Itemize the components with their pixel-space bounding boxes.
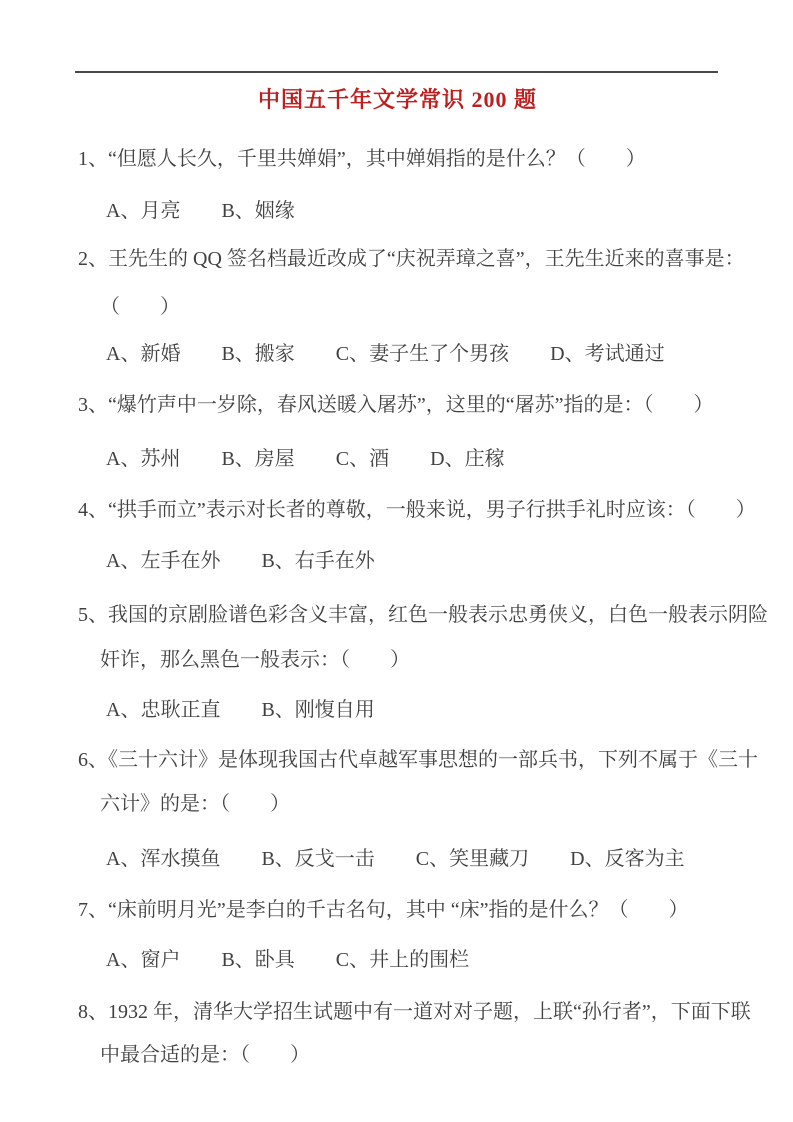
question-6-line-1: 6、《三十六计》是体现我国古代卓越军事思想的一部兵书，下列不属于《三十 bbox=[78, 747, 758, 773]
option-3-a: A、苏州 bbox=[106, 446, 180, 472]
option-3-b: B、房屋 bbox=[221, 446, 294, 472]
header-separator-line bbox=[75, 71, 718, 73]
question-2-options: A、新婚 B、搬家 C、妻子生了个男孩 D、考试通过 bbox=[106, 341, 665, 367]
option-5-a: A、忠耿正直 bbox=[106, 697, 220, 723]
question-7-options: A、窗户 B、卧具 C、井上的围栏 bbox=[106, 947, 469, 973]
question-1-options: A、月亮 B、姻缘 bbox=[106, 198, 295, 224]
option-6-d: D、反客为主 bbox=[570, 846, 684, 872]
question-5-options: A、忠耿正直 B、刚愎自用 bbox=[106, 697, 375, 723]
question-8-line-1: 8、1932 年，清华大学招生试题中有一道对对子题，上联“孙行者”，下面下联 bbox=[78, 999, 751, 1025]
option-2-a: A、新婚 bbox=[106, 341, 180, 367]
question-3-line-1: 3、“爆竹声中一岁除，春风送暖入屠苏”，这里的“屠苏”指的是：（ ） bbox=[78, 392, 714, 418]
option-3-d: D、庄稼 bbox=[430, 446, 504, 472]
option-6-b: B、反戈一击 bbox=[261, 846, 374, 872]
option-1-b: B、姻缘 bbox=[221, 198, 294, 224]
option-4-a: A、左手在外 bbox=[106, 548, 220, 574]
option-6-c: C、笑里藏刀 bbox=[416, 846, 529, 872]
option-2-c: C、妻子生了个男孩 bbox=[336, 341, 509, 367]
page-title: 中国五千年文学常识 200 题 bbox=[78, 83, 717, 114]
document-page: 中国五千年文学常识 200 题 1、“但愿人长久，千里共婵娟”，其中婵娟指的是什… bbox=[0, 0, 793, 1122]
question-4-line-1: 4、“拱手而立”表示对长者的尊敬，一般来说，男子行拱手礼时应该：（ ） bbox=[78, 497, 756, 523]
option-7-c: C、井上的围栏 bbox=[336, 947, 469, 973]
option-3-c: C、酒 bbox=[336, 446, 389, 472]
option-6-a: A、浑水摸鱼 bbox=[106, 846, 220, 872]
option-2-d: D、考试通过 bbox=[550, 341, 664, 367]
option-5-b: B、刚愎自用 bbox=[261, 697, 374, 723]
question-8-line-2: 中最合适的是：（ ） bbox=[100, 1042, 310, 1068]
question-6-options: A、浑水摸鱼 B、反戈一击 C、笑里藏刀 D、反客为主 bbox=[106, 846, 685, 872]
option-7-a: A、窗户 bbox=[106, 947, 180, 973]
question-2-line-2: （ ） bbox=[100, 294, 180, 320]
question-4-options: A、左手在外 B、右手在外 bbox=[106, 548, 375, 574]
question-1-line-1: 1、“但愿人长久，千里共婵娟”，其中婵娟指的是什么？（ ） bbox=[78, 146, 646, 172]
question-5-line-2: 奸诈，那么黑色一般表示：（ ） bbox=[100, 647, 410, 673]
question-5-line-1: 5、我国的京剧脸谱色彩含义丰富，红色一般表示忠勇侠义，白色一般表示阴险 bbox=[78, 602, 768, 628]
option-7-b: B、卧具 bbox=[221, 947, 294, 973]
option-2-b: B、搬家 bbox=[221, 341, 294, 367]
question-3-options: A、苏州 B、房屋 C、酒 D、庄稼 bbox=[106, 446, 505, 472]
question-2-line-1: 2、王先生的 QQ 签名档最近改成了“庆祝弄璋之喜”，王先生近来的喜事是： bbox=[78, 246, 745, 272]
option-1-a: A、月亮 bbox=[106, 198, 180, 224]
option-4-b: B、右手在外 bbox=[261, 548, 374, 574]
question-6-line-2: 六计》的是：（ ） bbox=[100, 791, 290, 817]
question-7-line-1: 7、“床前明月光”是李白的千古名句，其中 “床”指的是什么？（ ） bbox=[78, 897, 689, 923]
